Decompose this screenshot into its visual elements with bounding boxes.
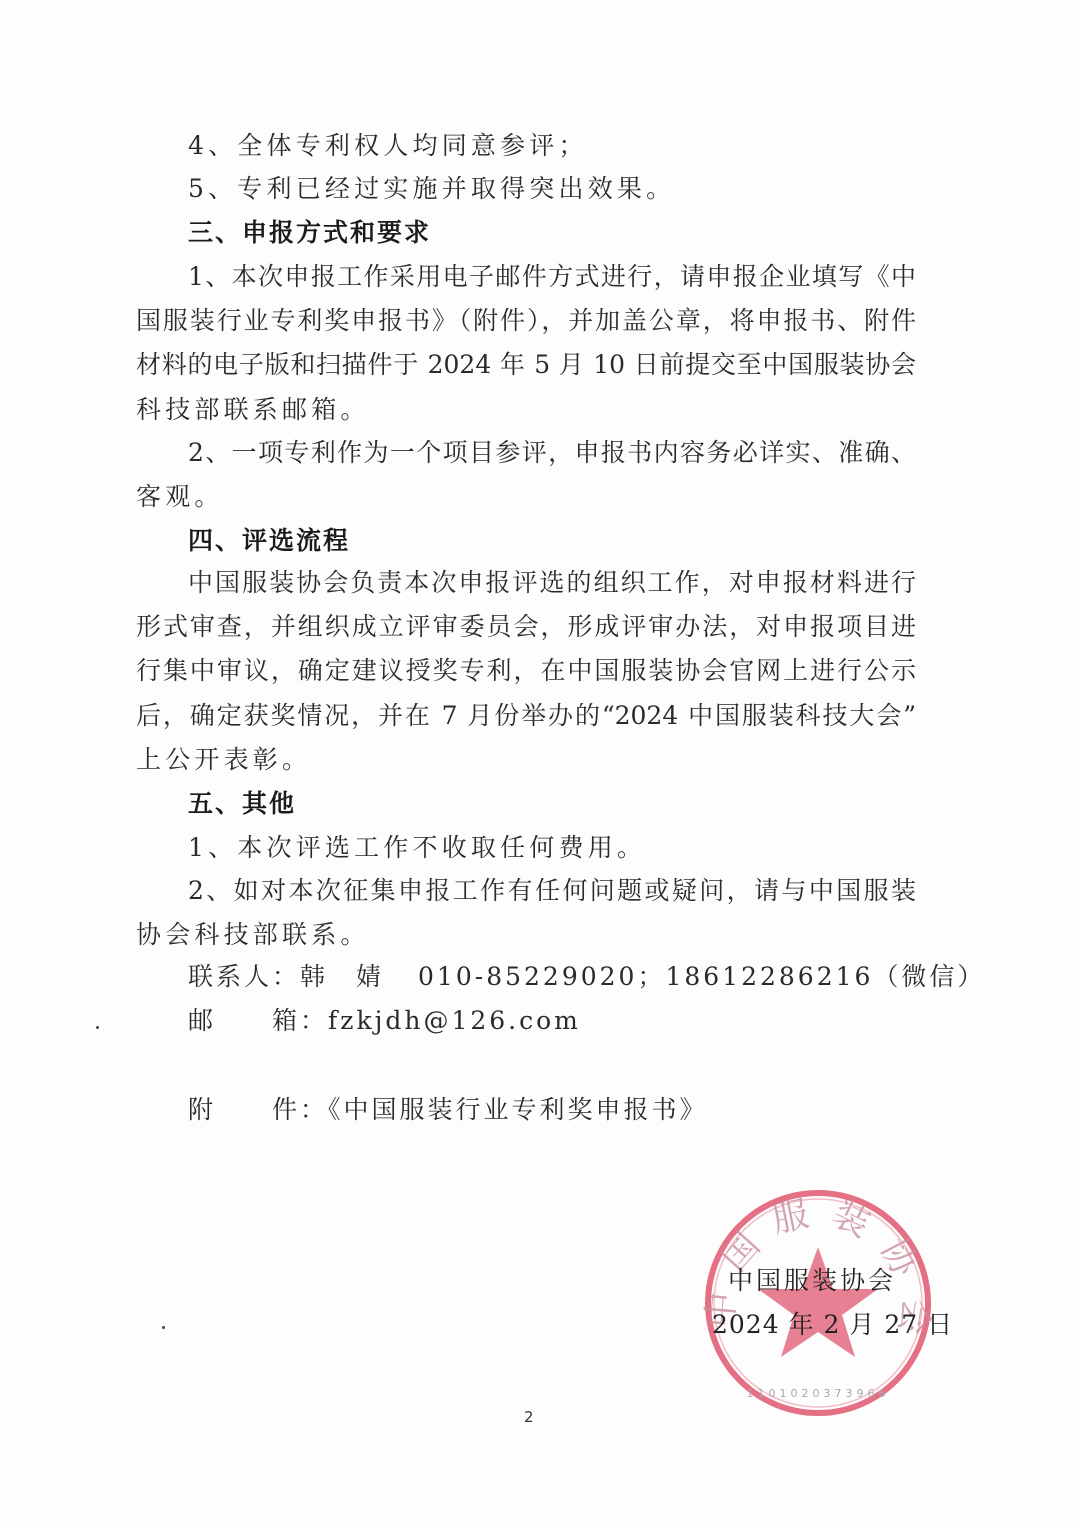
section-3-para-2-line-1: 2、一项专利作为一个项目参评，申报书内容务必详实、准确、 (188, 438, 916, 468)
signing-organization: 中国服装协会 (728, 1266, 896, 1296)
section-5-item-2-line-1: 2、如对本次征集申报工作有任何问题或疑问，请与中国服装 (188, 876, 916, 906)
email-line: 邮 箱：fzkjdh@126.com (188, 1006, 916, 1036)
section-5-item-2-line-2: 协会科技部联系。 (136, 920, 916, 950)
scan-speck (162, 1326, 165, 1329)
scan-speck (96, 1026, 99, 1029)
section-3-para-1-line-2: 国服装行业专利奖申报书》（附件），并加盖公章，将申报书、附件 (136, 306, 916, 336)
section-4-line-2: 形式审查，并组织成立评审委员会，形成评审办法，对申报项目进 (136, 612, 916, 642)
criteria-item-5: 5、专利已经过实施并取得突出效果。 (188, 174, 916, 204)
section-4-line-3: 行集中审议，确定建议授奖专利，在中国服装协会官网上进行公示 (136, 656, 916, 686)
email-address[interactable]: fzkjdh@126.com (328, 1006, 581, 1035)
criteria-item-4: 4、全体专利权人均同意参评； (188, 131, 916, 161)
attachment-label: 附 件： (188, 1095, 328, 1124)
section-4-line-4: 后，确定获奖情况，并在 7 月份举办的“2024 中国服装科技大会” (136, 701, 916, 731)
document-page: 4、全体专利权人均同意参评； 5、专利已经过实施并取得突出效果。 三、申报方式和… (0, 0, 1080, 1521)
svg-text:1101020373966: 1101020373966 (747, 1387, 890, 1400)
section-3-para-1-line-3: 材料的电子版和扫描件于 2024 年 5 月 10 日前提交至中国服装协会 (136, 350, 916, 380)
email-label: 邮 箱： (188, 1006, 328, 1035)
section-4-line-1: 中国服装协会负责本次申报评选的组织工作，对申报材料进行 (188, 568, 916, 598)
attachment-title: 《中国服装行业专利奖申报书》 (328, 1095, 708, 1124)
official-seal-icon: 中国服装协会 1101020373966 (700, 1185, 936, 1421)
contact-phones[interactable]: 010-85229020；18612286216（微信） (418, 962, 985, 991)
section-5-item-1: 1、本次评选工作不收取任何费用。 (188, 833, 916, 863)
contact-person-name: 韩 婧 (300, 962, 384, 991)
section-3-para-2-line-2: 客观。 (136, 482, 916, 512)
section-3-heading: 三、申报方式和要求 (188, 218, 916, 248)
page-number: 2 (524, 1408, 534, 1426)
contact-person-label: 联系人： (188, 962, 300, 991)
section-5-heading: 五、其他 (188, 789, 916, 819)
section-4-line-5: 上公开表彰。 (136, 745, 916, 775)
signing-date: 2024 年 2 月 27 日 (712, 1310, 953, 1340)
section-4-heading: 四、评选流程 (188, 526, 916, 556)
contact-line: 联系人：韩 婧010-85229020；18612286216（微信） (188, 962, 916, 992)
section-3-para-1-line-4: 科技部联系邮箱。 (136, 395, 916, 425)
attachment-line: 附 件：《中国服装行业专利奖申报书》 (188, 1095, 916, 1125)
section-3-para-1-line-1: 1、本次申报工作采用电子邮件方式进行，请申报企业填写《中 (188, 262, 916, 292)
